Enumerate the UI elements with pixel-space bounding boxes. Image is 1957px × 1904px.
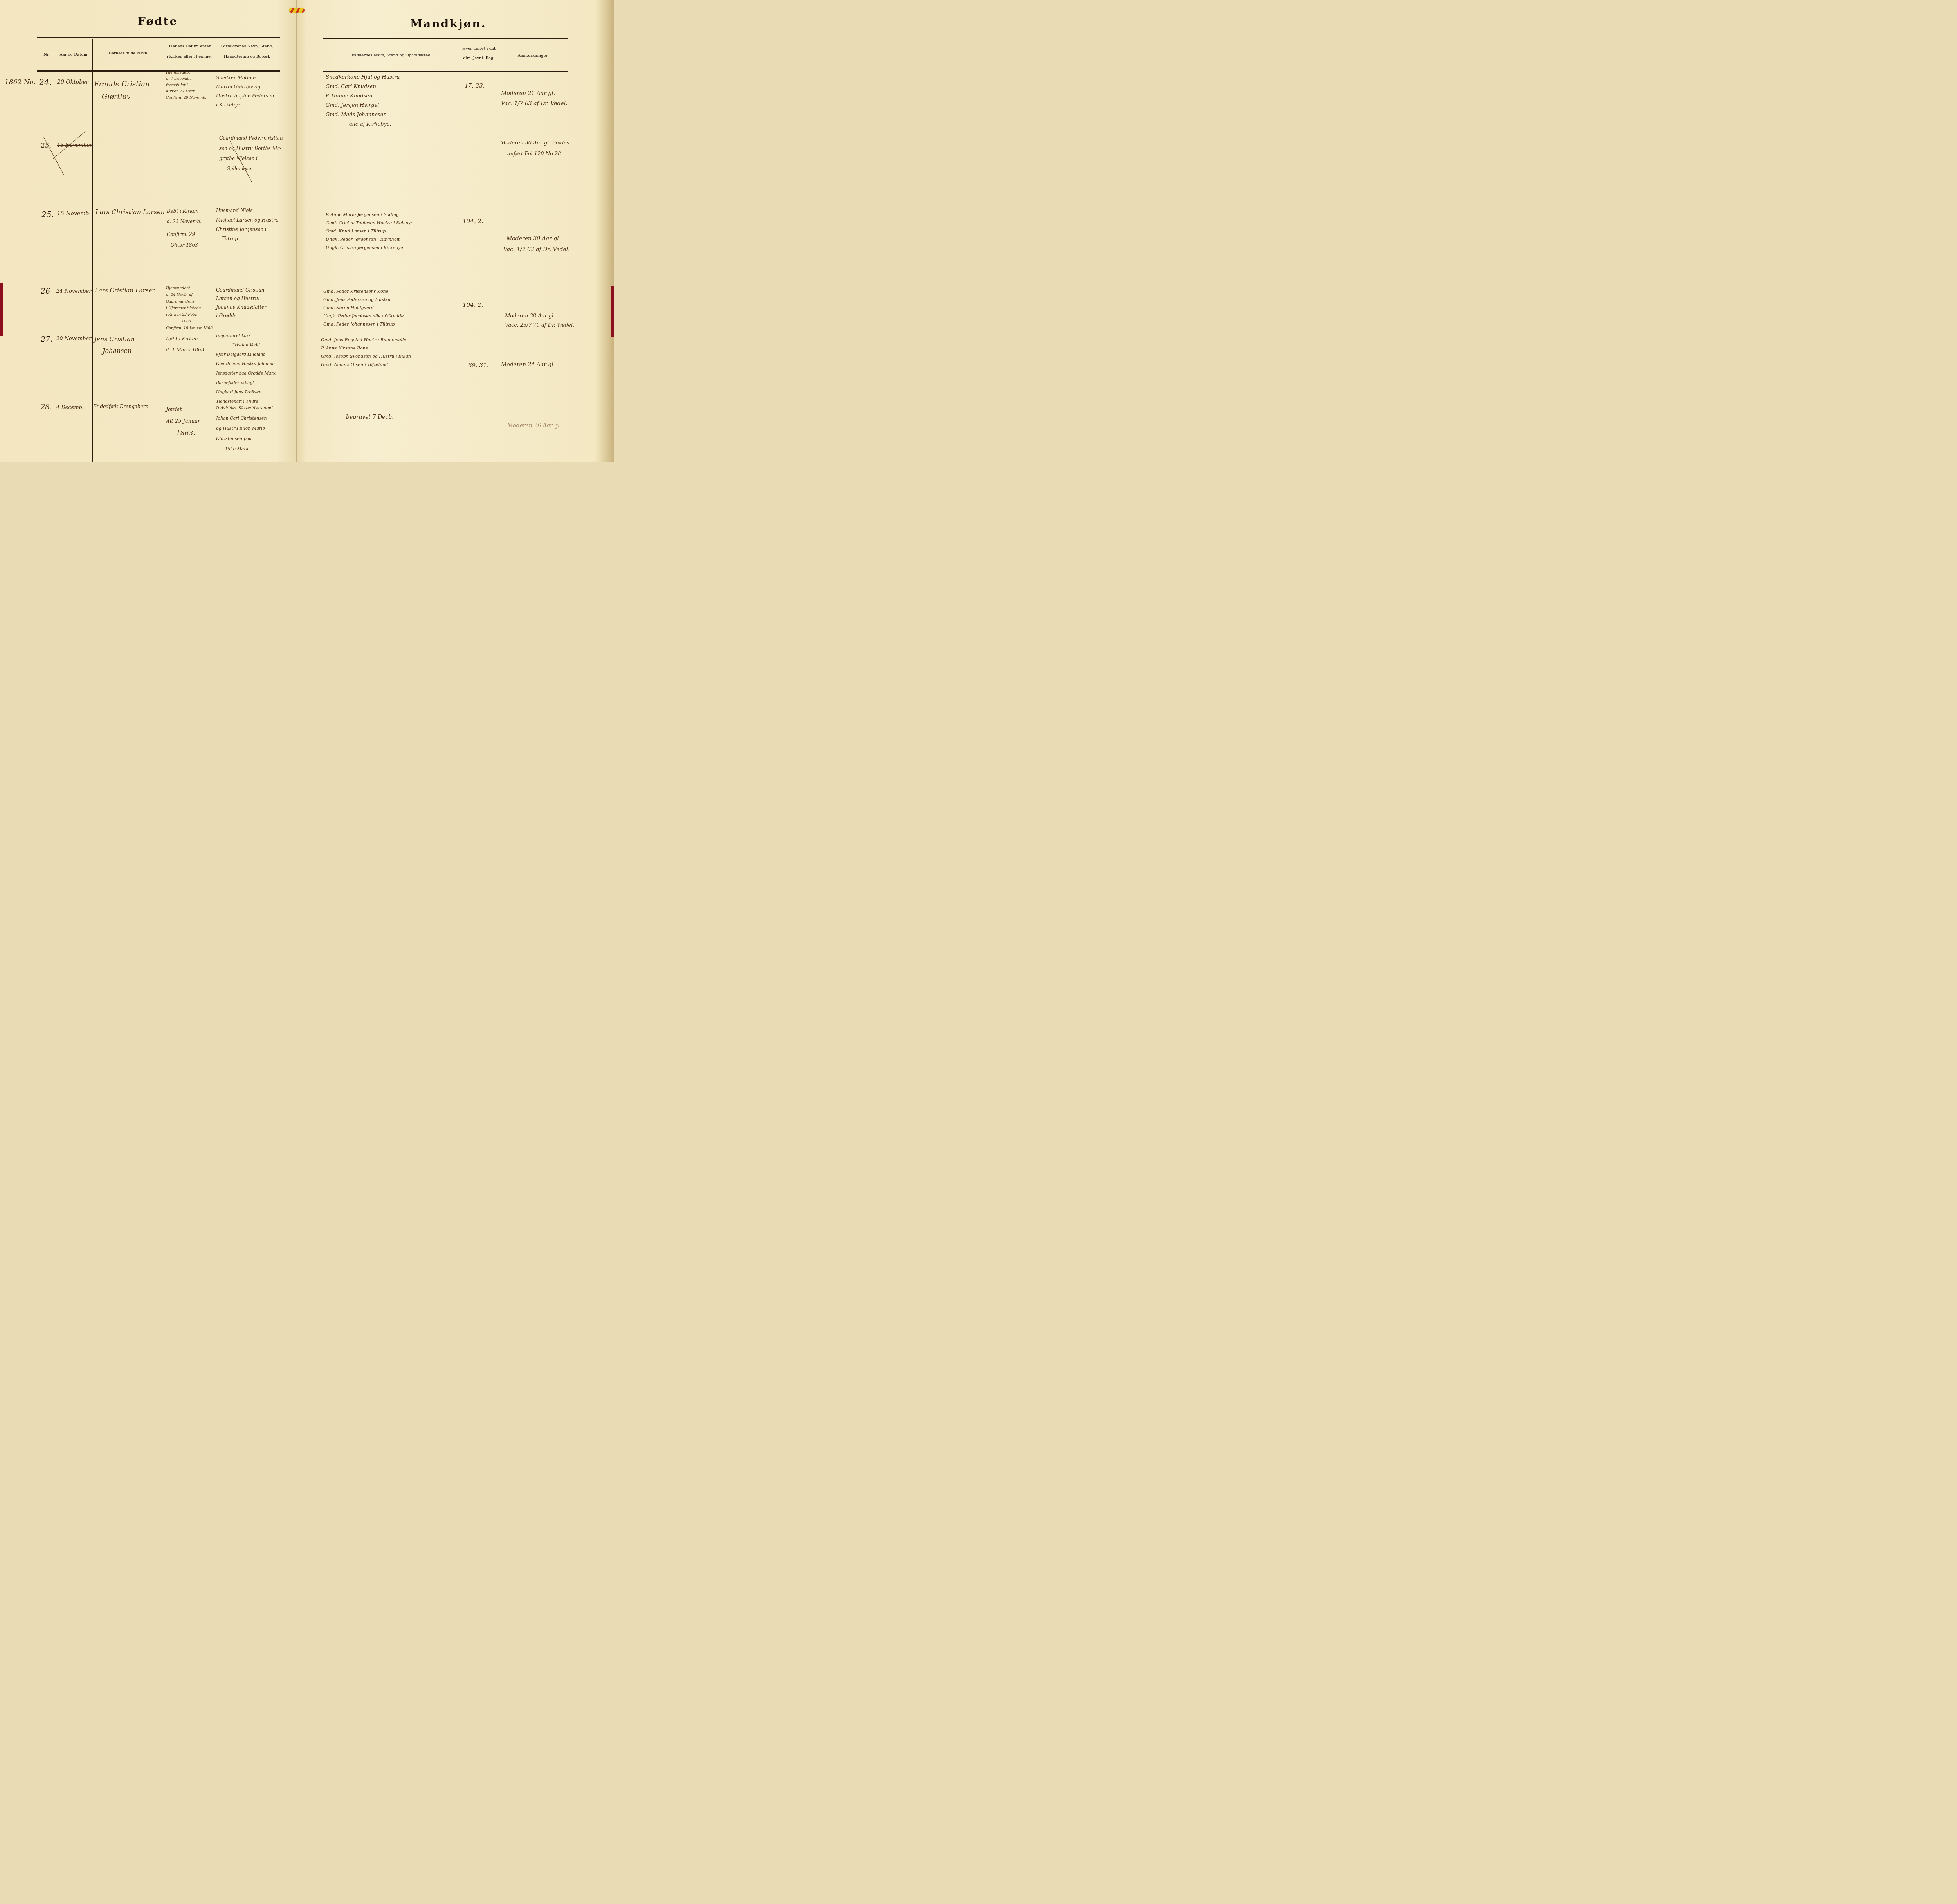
column-header-register: Hvor anført i detalm. Jevnf.-Reg. bbox=[460, 46, 498, 61]
entry-date: 20 November bbox=[56, 336, 91, 342]
entry-number: 26 bbox=[41, 287, 50, 296]
entry-baptism: Døbt i Kirkend. 23 Novemb.Confirm. 29Okt… bbox=[167, 206, 202, 250]
col-divider bbox=[498, 40, 498, 462]
entry-remarks: Moderen 21 Aar gl.Vac. 1/7 63 af Dr. Ved… bbox=[501, 88, 568, 109]
entry-parents: Gaardmand CristianLarsen og Hustru:Johan… bbox=[216, 286, 267, 320]
left-header-rule-bottom bbox=[37, 70, 280, 72]
entry-number: 25. bbox=[41, 210, 54, 219]
entry-number: 24. bbox=[39, 77, 52, 87]
margin-note: 1862 No. bbox=[5, 78, 36, 86]
column-header-remarks: Anmærkninger. bbox=[498, 53, 568, 59]
left-page-title: Fødte bbox=[138, 15, 178, 28]
column-header-date: Aar og Datum. bbox=[56, 52, 92, 58]
entry-remarks: Moderen 30 Aar gl.Vac. 1/7 63 af Dr. Ved… bbox=[503, 233, 570, 255]
left-edge-tab bbox=[0, 283, 3, 336]
right-header-rule-bottom bbox=[323, 71, 568, 72]
entry-register-ref: 47, 33. bbox=[464, 82, 485, 89]
entry-register-ref: 104, 2. bbox=[463, 218, 483, 225]
binding-cord bbox=[289, 8, 305, 13]
book-gutter bbox=[296, 0, 297, 462]
column-header-nr: Nr. bbox=[37, 52, 56, 58]
right-header-rule-top bbox=[323, 38, 568, 39]
entry-godparents: Snedkerkone Hjul og HustruGmd. Carl Knud… bbox=[326, 73, 400, 129]
entry-child-name: Et dødfødt Drengebarn bbox=[93, 404, 148, 409]
col-divider bbox=[460, 40, 460, 462]
column-header-baptism: Daabens Datum enteni Kirken eller Hjemme… bbox=[165, 44, 214, 59]
entry-baptism: Døbt i Kirkend. 1 Marts 1863. bbox=[166, 333, 205, 355]
entry-date: 13 November bbox=[57, 142, 92, 149]
column-header-parents: Forældrenes Navn, Stand,Haandtering og B… bbox=[214, 44, 280, 59]
entry-baptism: Hjemmedøbtd. 24 Novb. afGaardmandensi Hj… bbox=[166, 285, 213, 331]
entry-remarks: Moderen 30 Aar gl. Findesanført Fol 120 … bbox=[500, 138, 569, 160]
entry-child-name: Lars Christian Larsen bbox=[96, 208, 165, 216]
entry-parents: Indsidder SkræddersvendJohan Carl Christ… bbox=[216, 403, 273, 454]
entry-child-name: Jens CristianJohansen bbox=[94, 333, 135, 357]
entry-parents: Gaardmand Peder Cristiansen og Hustru Do… bbox=[219, 133, 283, 174]
column-header-child-name: Barnets fulde Navn. bbox=[92, 51, 165, 56]
entry-godparents: begravet 7 Decb. bbox=[346, 414, 394, 421]
entry-baptism: JordetAit 25 Januar1863. bbox=[166, 404, 200, 439]
entry-child-name: Lars Cristian Larsen bbox=[95, 287, 156, 294]
entry-child-name: Frands CristianGiørtløv bbox=[94, 78, 150, 103]
entry-godparents: Gmd. Peder Kristensens KoneGmd. Jens Ped… bbox=[323, 287, 404, 328]
left-header-rule-top bbox=[37, 37, 280, 38]
entry-parents: Inquarteret LarsCristian Vadd-kjær Dolga… bbox=[216, 331, 276, 406]
entry-date: 20 Oktober bbox=[57, 79, 88, 86]
entry-godparents: P. Anne Marie Jørgensen i RodingGmd. Cri… bbox=[326, 211, 412, 252]
entry-baptism: Hjemmedøbtd. 7 Decemb.fremstillet iKirke… bbox=[166, 70, 206, 101]
col-divider bbox=[56, 39, 56, 462]
entry-parents: Husmand NielsMichael Larsen og HustruChr… bbox=[216, 206, 279, 243]
right-page-title: Mandkjøn. bbox=[410, 17, 486, 30]
col-divider bbox=[214, 39, 214, 462]
col-divider bbox=[92, 39, 93, 462]
entry-register-ref: 69, 31. bbox=[468, 362, 488, 369]
entry-date: 15 Novemb. bbox=[57, 211, 91, 217]
col-divider bbox=[165, 39, 165, 462]
right-edge-tab bbox=[611, 286, 614, 337]
entry-date: 4 Decemb. bbox=[56, 405, 84, 411]
entry-remarks: Moderen 26 Aar gl. bbox=[507, 423, 561, 429]
entry-number: 27. bbox=[41, 335, 52, 344]
entry-parents: Snedker MathiasMartin Giørtløv ogHustru … bbox=[216, 74, 274, 110]
column-header-godparents: Faddernes Navn, Stand og Opholdssted. bbox=[323, 53, 460, 58]
entry-godparents: Gmd. Jens Rogstad Hustru BannemølleP. An… bbox=[321, 336, 411, 369]
entry-date: 24 November bbox=[56, 288, 91, 295]
entry-register-ref: 104, 2. bbox=[463, 301, 483, 308]
entry-remarks: Moderen 24 Aar gl. bbox=[501, 362, 555, 368]
entry-number: 28. bbox=[41, 403, 52, 412]
entry-remarks: Moderen 38 Aar gl.Vacc. 23/7 70 af Dr. W… bbox=[505, 312, 574, 330]
